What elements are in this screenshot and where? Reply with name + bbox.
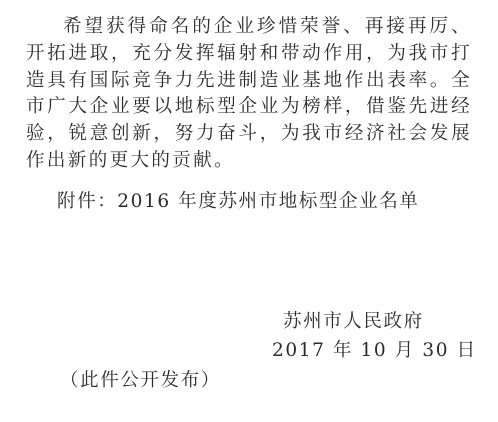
issuer-name: 苏州市人民政府 — [283, 307, 424, 333]
issue-date: 2017 年 10 月 30 日 — [272, 336, 477, 362]
publication-note: （此件公开发布） — [60, 366, 221, 392]
attachment-line: 附件：2016 年度苏州市地标型企业名单 — [57, 187, 419, 213]
body-paragraph: 希望获得命名的企业珍惜荣誉、再接再厉、开拓进取，充分发挥辐射和带动作用，为我市打… — [26, 14, 472, 175]
